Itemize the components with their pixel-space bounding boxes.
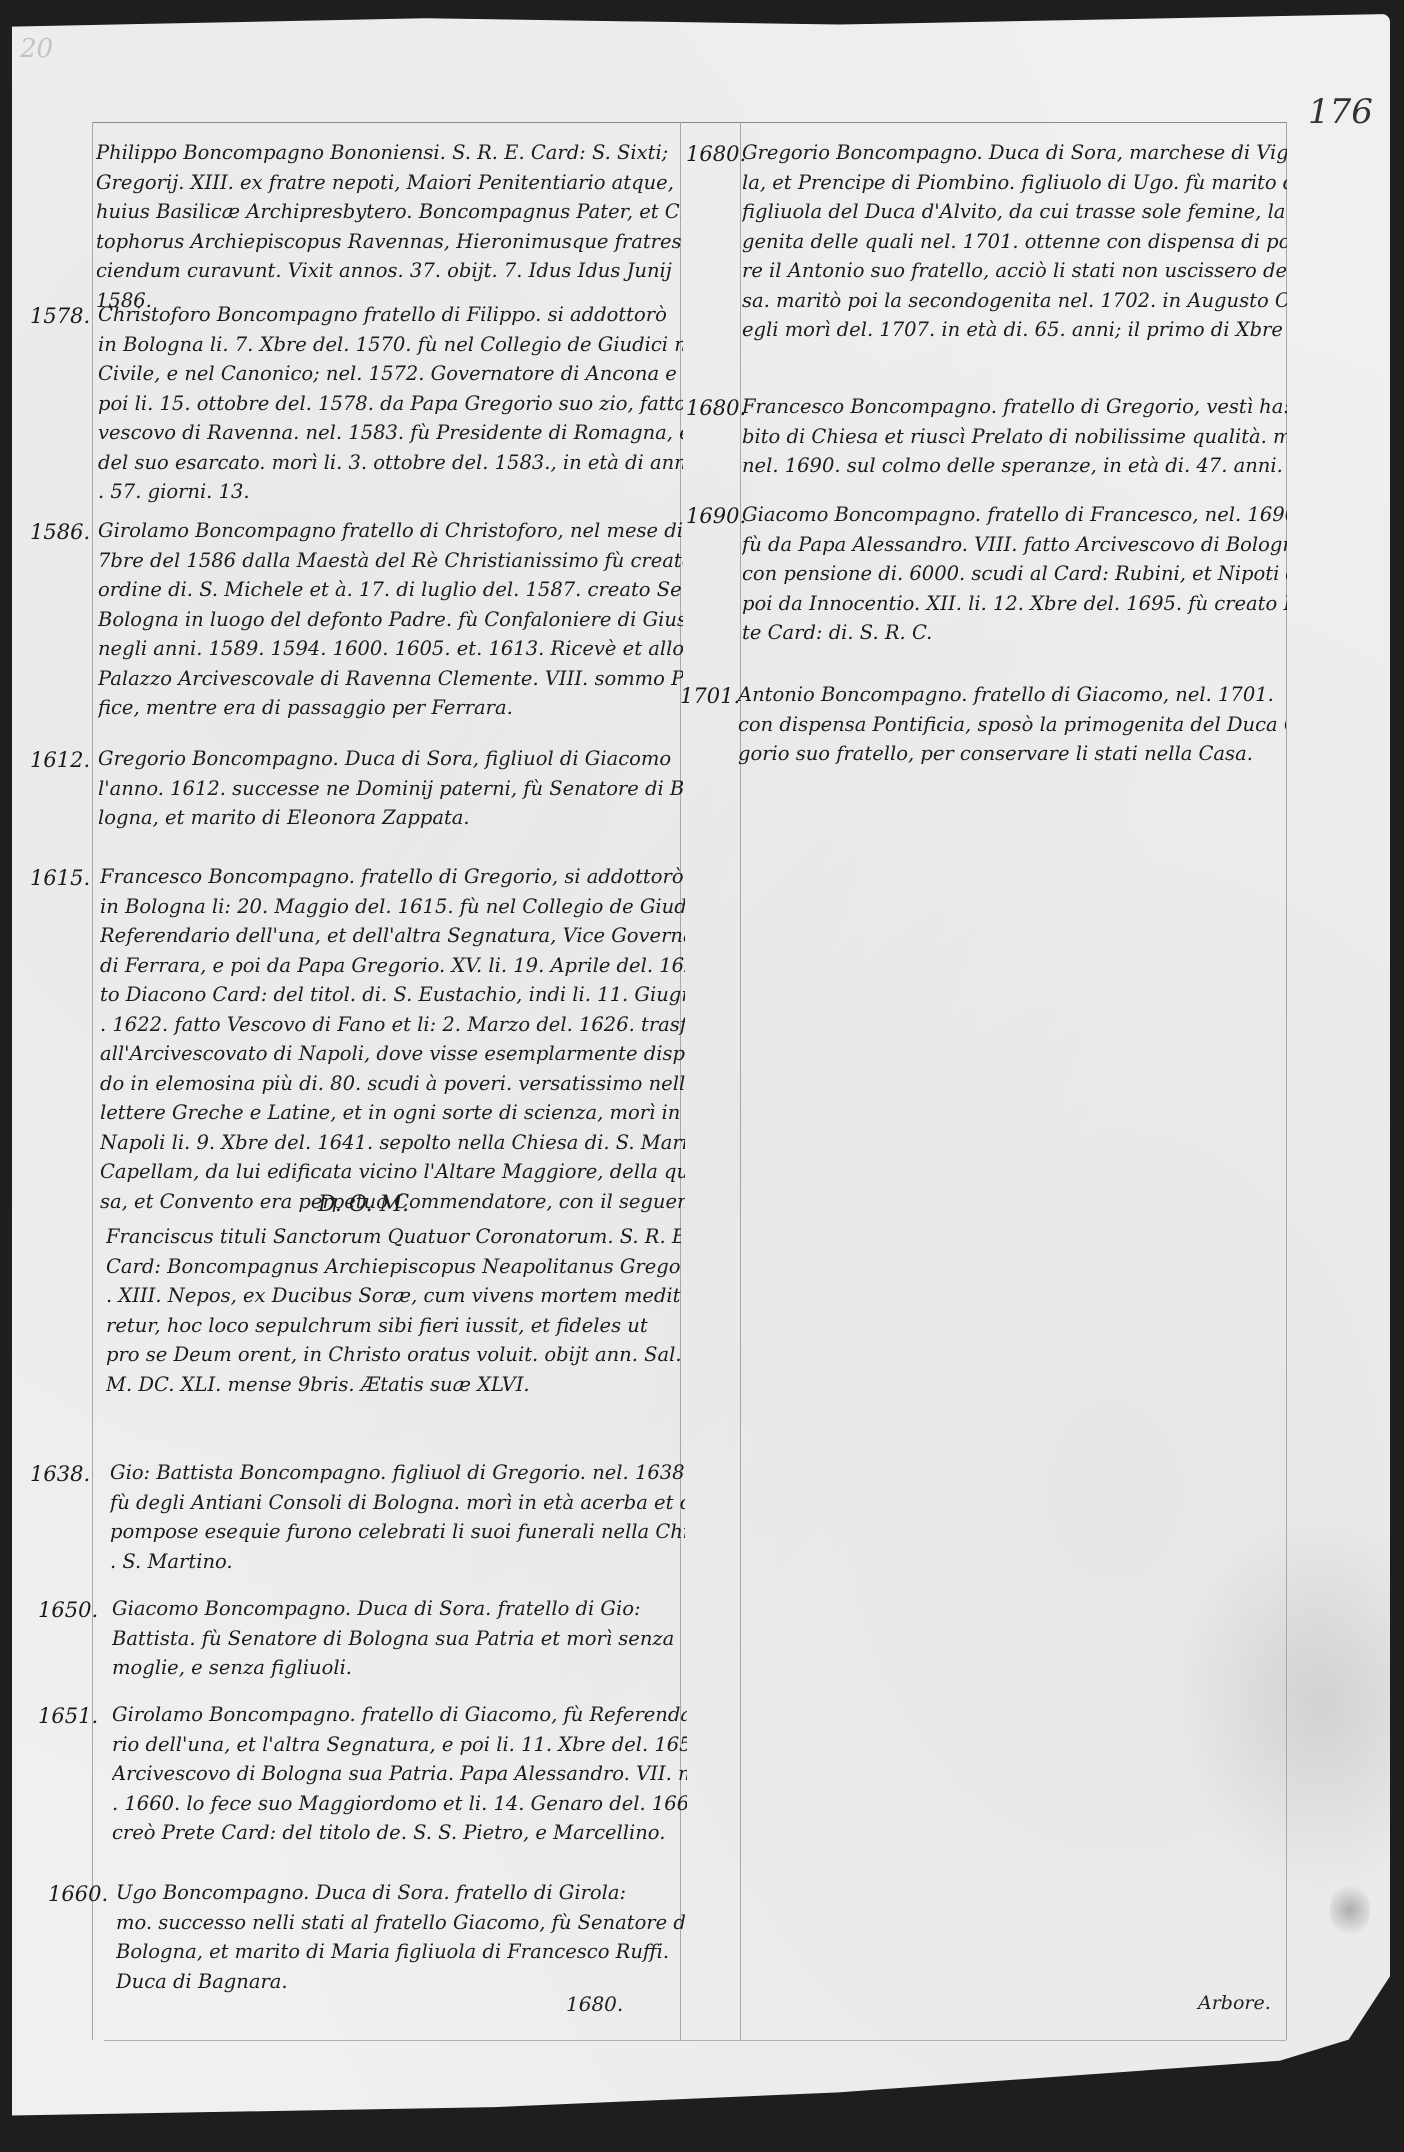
corner-mark: 20 xyxy=(20,34,53,64)
entry-text: Giacomo Boncompagno. Duca di Sora. frate… xyxy=(112,1594,687,1683)
entry-year: 1680. xyxy=(686,396,746,420)
entry-text: Christoforo Boncompagno fratello di Fili… xyxy=(98,300,683,507)
left-margin-rule xyxy=(92,122,93,2040)
entry-year: 1615. xyxy=(30,866,90,890)
entry-year: 1638. xyxy=(30,1462,90,1486)
top-rule xyxy=(92,122,1286,123)
folio-number: 176 xyxy=(1308,92,1373,132)
entry-year: 1650. xyxy=(38,1598,98,1622)
catchword: Arbore. xyxy=(1198,1992,1271,2014)
entry-text: Philippo Boncompagno Bononiensi. S. R. E… xyxy=(96,138,681,315)
bottom-year: 1680. xyxy=(566,1992,623,2016)
entry-year: 1701. xyxy=(680,684,740,708)
entry-text: Giacomo Boncompagno. fratello di Frances… xyxy=(742,500,1287,648)
epitaph-text: Franciscus tituli Sanctorum Quatuor Coro… xyxy=(106,1222,681,1399)
entry-year: 1660. xyxy=(48,1882,108,1906)
entry-text: Antonio Boncompagno. fratello di Giacomo… xyxy=(738,680,1286,769)
entry-text: Gio: Battista Boncompagno. figliuol di G… xyxy=(110,1458,685,1576)
entry-text: Francesco Boncompagno. fratello di Grego… xyxy=(742,392,1287,481)
entry-year: 1680. xyxy=(686,142,746,166)
entry-year: 1690. xyxy=(686,504,746,528)
entry-text: Gregorio Boncompagno. Duca di Sora, marc… xyxy=(742,138,1287,345)
ink-stain xyxy=(1330,1880,1370,1940)
entry-year: 1578. xyxy=(30,304,90,328)
entry-text: Gregorio Boncompagno. Duca di Sora, figl… xyxy=(98,744,683,833)
entry-year: 1586. xyxy=(30,520,90,544)
entry-year: 1651. xyxy=(38,1704,98,1728)
entry-text: Ugo Boncompagno. Duca di Sora. fratello … xyxy=(116,1878,686,1996)
bottom-rule xyxy=(104,2040,1286,2041)
entry-year: 1612. xyxy=(30,748,90,772)
entry-text: Girolamo Boncompagno. fratello di Giacom… xyxy=(112,1700,687,1848)
epitaph-heading: D. O. M. xyxy=(318,1192,409,1217)
entry-text: Francesco Boncompagno. fratello di Grego… xyxy=(100,862,685,1216)
entry-text: Girolamo Boncompagno fratello di Christo… xyxy=(98,516,683,723)
